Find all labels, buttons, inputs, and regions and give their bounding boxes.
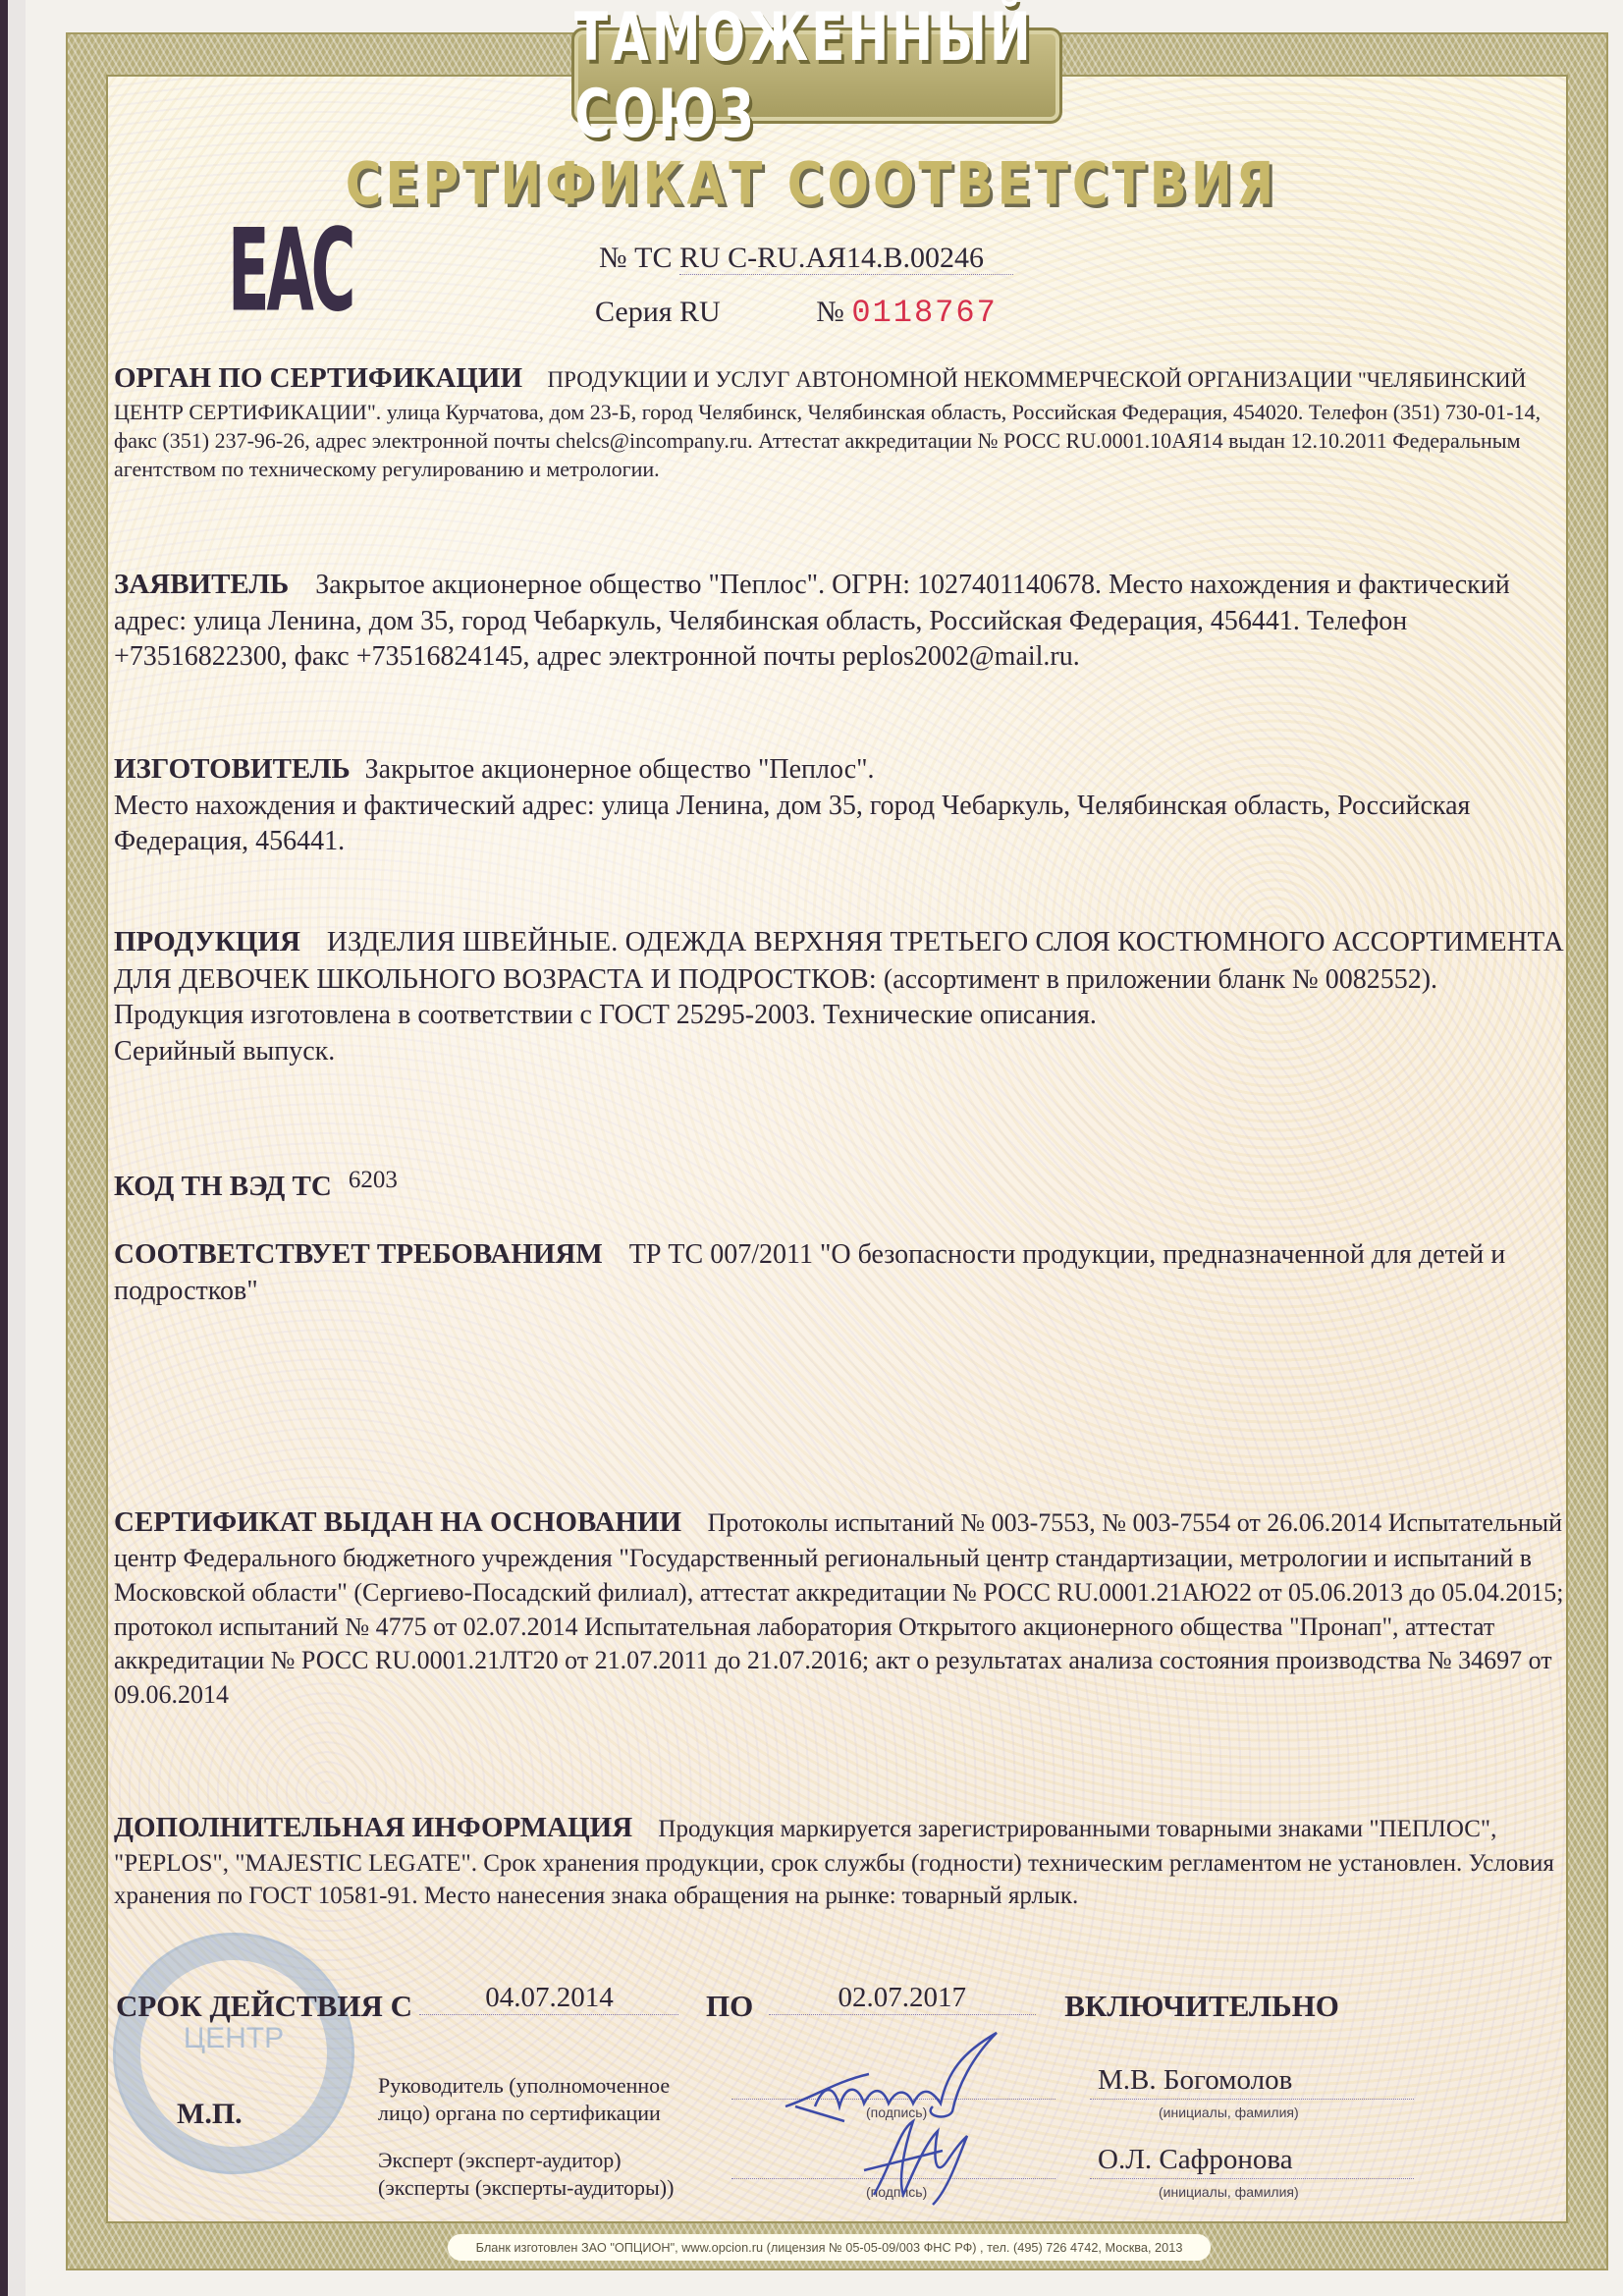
head-name: М.В. Богомолов [1098, 2064, 1292, 2097]
product-appendix: (ассортимент в приложении бланк № 008255… [884, 964, 1437, 995]
issuance-basis-section: СЕРТИФИКАТ ВЫДАН НА ОСНОВАНИИ Протоколы … [114, 1503, 1564, 1713]
expert-name: О.Л. Сафронова [1098, 2144, 1293, 2176]
conformity-label: СООТВЕТСТВУЕТ ТРЕБОВАНИЯМ [114, 1238, 603, 1270]
conformity-section: СООТВЕТСТВУЕТ ТРЕБОВАНИЯМ ТР ТС 007/2011… [114, 1236, 1564, 1309]
customs-union-title: ТАМОЖЕННЫЙ СОЮЗ [574, 0, 1059, 152]
head-signature-caption: (подпись) [866, 2105, 927, 2120]
certification-body-first-line: ПРОДУКЦИИ И УСЛУГ АВТОНОМНОЙ НЕКОММЕРЧЕС… [548, 367, 1353, 392]
tnved-label: КОД ТН ВЭД ТС [114, 1171, 332, 1202]
additional-info-label: ДОПОЛНИТЕЛЬНАЯ ИНФОРМАЦИЯ [114, 1812, 632, 1843]
certification-body-section: ОРГАН ПО СЕРТИФИКАЦИИ ПРОДУКЦИИ И УСЛУГ … [114, 359, 1564, 483]
head-role: Руководитель (уполномоченное лицо) орган… [378, 2072, 670, 2126]
issuance-basis-text: Протоколы испытаний № 003-7553, № 003-75… [114, 1508, 1564, 1709]
head-role-line2: лицо) органа по сертификации [378, 2101, 661, 2125]
product-section: ПРОДУКЦИЯ ИЗДЕЛИЯ ШВЕЙНЫЕ. ОДЕЖДА ВЕРХНЯ… [114, 924, 1564, 1069]
product-standard: Продукция изготовлена в соответствии с Г… [114, 1000, 1097, 1030]
expert-role-line2: (эксперты (эксперты-аудиторы)) [378, 2175, 674, 2200]
manufacturer-label: ИЗГОТОВИТЕЛЬ [114, 753, 351, 785]
expert-signature-caption: (подпись) [866, 2184, 927, 2200]
applicant-label: ЗАЯВИТЕЛЬ [114, 569, 289, 600]
customs-union-plate: ТАМОЖЕННЫЙ СОЮЗ [571, 27, 1062, 124]
head-role-line1: Руководитель (уполномоченное [378, 2073, 670, 2098]
head-name-line [1090, 2099, 1414, 2100]
manufacturer-name: Закрытое акционерное общество "Пеплос". [365, 754, 875, 785]
product-label: ПРОДУКЦИЯ [114, 926, 300, 957]
eac-mark-icon: EAC [228, 204, 352, 337]
expert-role-line1: Эксперт (эксперт-аудитор) [378, 2148, 622, 2172]
validity-inclusive-label: ВКЛЮЧИТЕЛЬНО [1064, 1989, 1339, 2023]
product-production: Серийный выпуск. [114, 1036, 335, 1066]
tnved-section: КОД ТН ВЭД ТС 6203 [114, 1169, 1564, 1205]
certificate-number-prefix: № ТС [599, 242, 672, 274]
validity-period: СРОК ДЕЙСТВИЯ С 04.07.2014 ПО 02.07.2017… [116, 1989, 1339, 2025]
head-signature-line [731, 2099, 1055, 2100]
certification-body-label: ОРГАН ПО СЕРТИФИКАЦИИ [114, 362, 522, 394]
series-line: Серия RU № 0118767 [595, 295, 998, 331]
serial-prefix: № [816, 296, 844, 328]
expert-name-line [1090, 2178, 1414, 2179]
expert-signature-line [731, 2178, 1055, 2179]
serial-number: 0118767 [851, 295, 997, 331]
tnved-code: 6203 [349, 1167, 398, 1193]
head-name-caption: (инициалы, фамилия) [1159, 2105, 1299, 2120]
certificate-number-value: RU C-RU.АЯ14.В.00246 [679, 242, 1013, 275]
certificate-number: № ТС RU C-RU.АЯ14.В.00246 [599, 242, 1013, 275]
scan-margin [8, 0, 26, 2296]
expert-role: Эксперт (эксперт-аудитор) (эксперты (экс… [378, 2147, 674, 2201]
validity-from-date: 04.07.2014 [419, 1982, 678, 2015]
applicant-section: ЗАЯВИТЕЛЬ Закрытое акционерное общество … [114, 567, 1564, 675]
seal-place-label: М.П. [177, 2098, 243, 2131]
applicant-text: Закрытое акционерное общество "Пеплос". … [114, 570, 1510, 672]
manufacturer-address: Место нахождения и фактический адрес: ул… [114, 791, 1470, 856]
series-value: RU [679, 296, 721, 328]
validity-to-label: ПО [706, 1989, 753, 2023]
issuance-basis-label: СЕРТИФИКАТ ВЫДАН НА ОСНОВАНИИ [114, 1506, 681, 1538]
scan-edge [0, 0, 8, 2296]
series-label: Серия [595, 296, 673, 328]
manufacturer-section: ИЗГОТОВИТЕЛЬ Закрытое акционерное общест… [114, 751, 1564, 859]
validity-to-date: 02.07.2017 [769, 1982, 1036, 2015]
validity-label: СРОК ДЕЙСТВИЯ С [116, 1989, 412, 2023]
additional-info-section: ДОПОЛНИТЕЛЬНАЯ ИНФОРМАЦИЯ Продукция марк… [114, 1809, 1564, 1913]
printer-imprint: Бланк изготовлен ЗАО "ОПЦИОН", www.opcio… [448, 2234, 1211, 2261]
expert-name-caption: (инициалы, фамилия) [1159, 2184, 1299, 2200]
